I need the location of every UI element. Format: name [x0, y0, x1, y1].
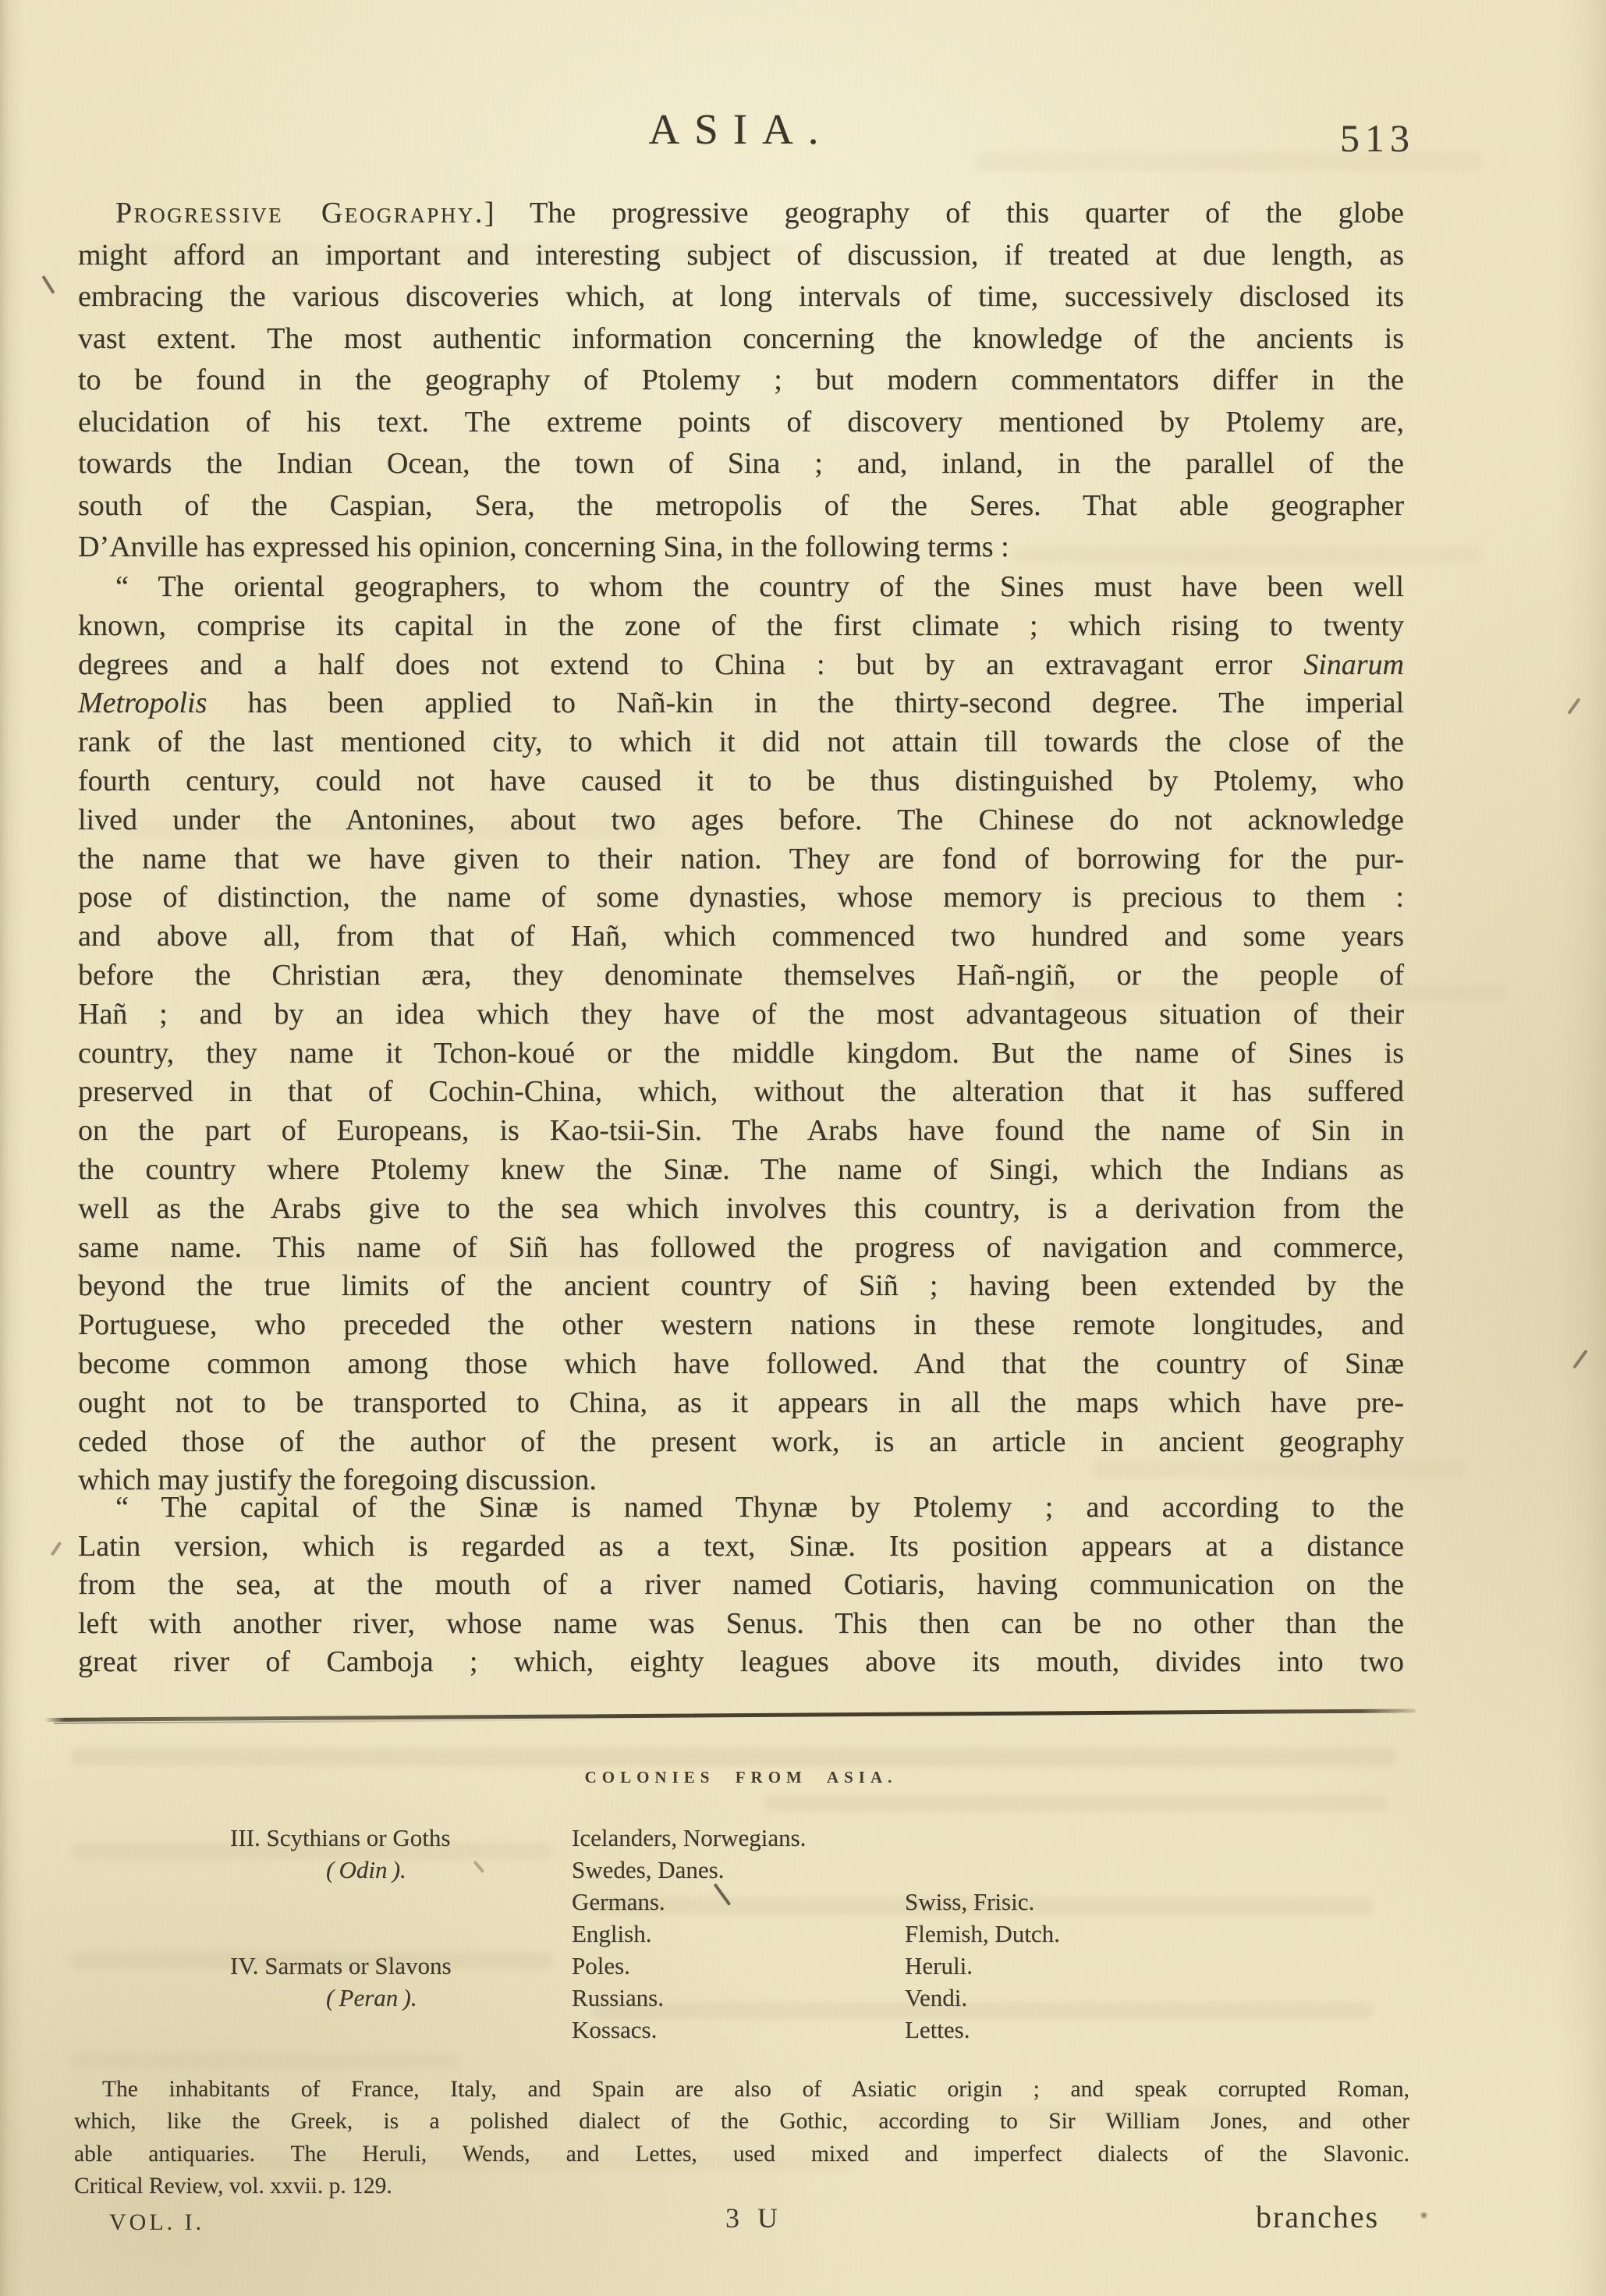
text-line: beyond the true limits of the ancient co… [78, 1267, 1404, 1306]
book-page: ASIA. 513 Progressive Geography.] The pr… [0, 0, 1606, 2296]
text-line: Latin version, which is regarded as a te… [78, 1528, 1404, 1567]
text-line: pose of distinction, the name of some dy… [78, 878, 1404, 917]
colonies-table-row: ( Peran ).Russians.Vendi. [78, 1984, 1404, 2016]
colonies-table-row: English.Flemish, Dutch. [78, 1920, 1404, 1952]
text-line: to be found in the geography of Ptolemy … [78, 360, 1404, 402]
signature-mark: 3 U [725, 2202, 778, 2234]
paragraph-danville-quote: “ The oriental geographers, to whom the … [78, 568, 1404, 1500]
running-head: ASIA. [78, 105, 1404, 154]
footnote-heading: COLONIES FROM ASIA. [78, 1768, 1404, 1787]
text-line: Metropolis has been applied to Nañ-kin i… [78, 684, 1404, 723]
text-line: degrees and a half does not extend to Ch… [78, 646, 1404, 685]
page-number: 513 [1340, 115, 1415, 161]
colonies-group: IV. Sarmats or Slavons [230, 1952, 452, 1980]
text-line: Progressive Geography.] The progressive … [78, 193, 1404, 235]
text-line: great river of Camboja ; which, eighty l… [78, 1643, 1404, 1682]
colonies-branches: Swiss, Frisic. [905, 1888, 1034, 1916]
text-line: Hañ ; and by an idea which they have of … [78, 995, 1404, 1034]
text-line: well as the Arabs give to the sea which … [78, 1190, 1404, 1229]
colonies-branches: Heruli. [905, 1952, 973, 1980]
colonies-table-row: III. Scythians or GothsIcelanders, Norwe… [78, 1824, 1404, 1856]
colonies-table: III. Scythians or GothsIcelanders, Norwe… [78, 1824, 1404, 2048]
text-line: “ The oriental geographers, to whom the … [78, 568, 1404, 607]
text-line: before the Christian æra, they denominat… [78, 956, 1404, 995]
text-line: ceded those of the author of the present… [78, 1423, 1404, 1462]
text-line: rank of the last mentioned city, to whic… [78, 723, 1404, 762]
stray-mark [1572, 1350, 1587, 1369]
text-line: on the part of Europeans, is Kao-tsii-Si… [78, 1112, 1404, 1151]
colonies-peoples: Icelanders, Norwegians. [572, 1824, 806, 1852]
colonies-group: ( Odin ). [326, 1856, 406, 1884]
text-line: which, like the Greek, is a polished dia… [74, 2106, 1409, 2138]
text-line: D’Anville has expressed his opinion, con… [78, 527, 1404, 569]
text-line: “ The capital of the Sinæ is named Thynæ… [78, 1489, 1404, 1528]
colonies-branches: Vendi. [905, 1984, 967, 2012]
footnote-rule [44, 1709, 1416, 1722]
text-line: become common among those which have fol… [78, 1345, 1404, 1384]
show-through-line [70, 2053, 460, 2069]
colonies-table-row: Germans.Swiss, Frisic. [78, 1888, 1404, 1920]
colonies-branches: Flemish, Dutch. [905, 1920, 1060, 1948]
text-line: and above all, from that of Hañ, which c… [78, 917, 1404, 956]
stray-mark [41, 275, 55, 294]
colonies-table-row: ( Odin ).Swedes, Danes. [78, 1856, 1404, 1888]
colonies-group: ( Peran ). [326, 1984, 417, 2012]
text-line: The inhabitants of France, Italy, and Sp… [74, 2074, 1409, 2106]
volume-label: VOL. I. [109, 2209, 204, 2236]
footnote-text: The inhabitants of France, Italy, and Sp… [74, 2074, 1409, 2202]
colonies-table-row: IV. Sarmats or SlavonsPoles.Heruli. [78, 1952, 1404, 1984]
text-line: south of the Caspian, Sera, the metropol… [78, 485, 1404, 527]
show-through-line [764, 1794, 1388, 1812]
stray-mark [1567, 697, 1580, 714]
text-line: the name that we have given to their nat… [78, 840, 1404, 879]
colonies-peoples: Russians. [572, 1984, 664, 2012]
text-line: towards the Indian Ocean, the town of Si… [78, 443, 1404, 485]
text-line: vast extent. The most authentic informat… [78, 318, 1404, 360]
text-line: lived under the Antonines, about two age… [78, 801, 1404, 840]
text-line: country, they name it Tchon-koué or the … [78, 1034, 1404, 1073]
footnote-rule-echo [54, 1719, 629, 1724]
text-line: the country where Ptolemy knew the Sinæ.… [78, 1151, 1404, 1190]
text-line: Portuguese, who preceded the other weste… [78, 1306, 1404, 1345]
text-line: same name. This name of Siñ has followed… [78, 1229, 1404, 1268]
show-through-line [70, 1748, 1396, 1766]
colonies-peoples: Swedes, Danes. [572, 1856, 724, 1884]
ink-speck [1421, 2213, 1427, 2218]
text-line: able antiquaries. The Heruli, Wends, and… [74, 2138, 1409, 2170]
text-line: preserved in that of Cochin-China, which… [78, 1073, 1404, 1112]
text-line: ought not to be transported to China, as… [78, 1384, 1404, 1423]
text-line: from the sea, at the mouth of a river na… [78, 1566, 1404, 1605]
text-line: known, comprise its capital in the zone … [78, 607, 1404, 646]
colonies-branches: Lettes. [905, 2016, 970, 2044]
paragraph-capital-of-sinae: “ The capital of the Sinæ is named Thynæ… [78, 1489, 1404, 1682]
colonies-peoples: Germans. [572, 1888, 665, 1916]
text-line: elucidation of his text. The extreme poi… [78, 402, 1404, 444]
colonies-table-row: Kossacs.Lettes. [78, 2016, 1404, 2048]
colonies-peoples: Kossacs. [572, 2016, 657, 2044]
colonies-peoples: Poles. [572, 1952, 630, 1980]
paragraph-progressive-geography: Progressive Geography.] The progressive … [78, 193, 1404, 569]
text-line: Critical Review, vol. xxvii. p. 129. [74, 2170, 1409, 2202]
text-line: might afford an important and interestin… [78, 235, 1404, 277]
text-line: fourth century, could not have caused it… [78, 762, 1404, 801]
text-line: left with another river, whose name was … [78, 1605, 1404, 1644]
colonies-group: III. Scythians or Goths [230, 1824, 450, 1852]
text-line: embracing the various discoveries which,… [78, 276, 1404, 318]
stray-mark [51, 1542, 62, 1556]
colonies-peoples: English. [572, 1920, 651, 1948]
catchword: branches [1256, 2198, 1379, 2235]
